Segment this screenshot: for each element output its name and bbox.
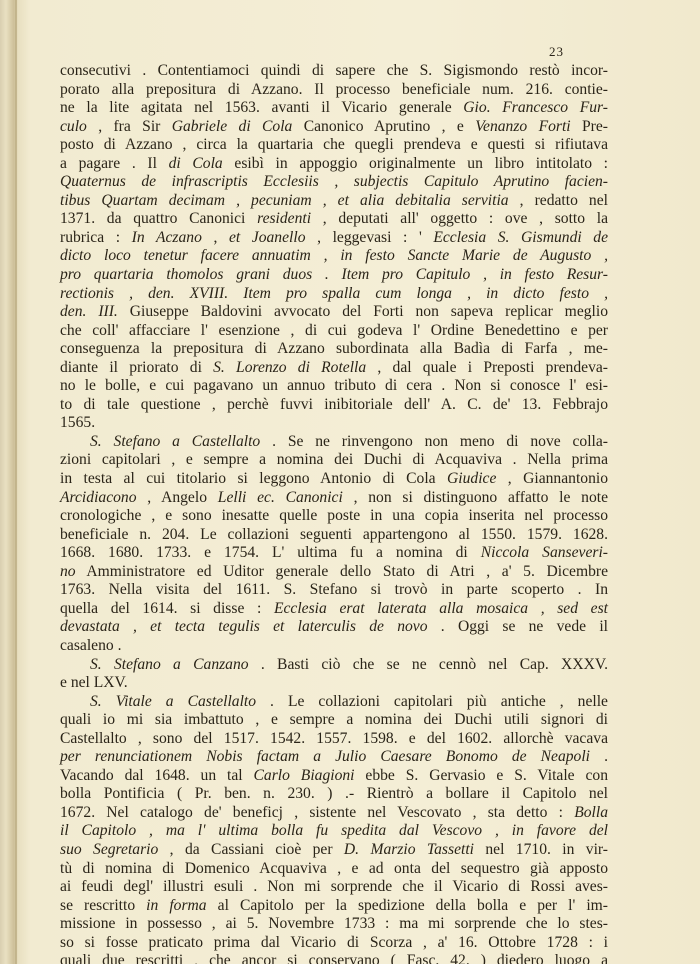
- text-line: 1371. da quattro Canonici residenti , de…: [60, 210, 608, 229]
- text-line: S. Stefano a Castellalto . Se ne rinveng…: [60, 433, 608, 452]
- text-segment: casaleno .: [60, 637, 121, 654]
- text-line: che coll' affacciare l' esenzione , di c…: [60, 322, 608, 341]
- text-segment: tù di nomina di Domenico Acquaviva , e a…: [60, 860, 608, 877]
- italic-segment: Ecclesia erat laterata alla mosaica , se…: [274, 600, 608, 617]
- text-line: a pagare . Il di Cola esibì in appoggio …: [60, 155, 608, 174]
- text-line: pro quartaria thomolos grani duos . Item…: [60, 266, 608, 285]
- page-gutter: [15, 0, 17, 964]
- text-line: den. III. Giuseppe Baldovini avvocato de…: [60, 303, 608, 322]
- text-segment: 1668. 1680. 1733. e 1754. L' ultima fu a…: [60, 544, 481, 561]
- text-line: Arcidiacono , Angelo Lelli ec. Canonici …: [60, 489, 608, 508]
- text-line: dicto loco tenetur facere annuatim , in …: [60, 247, 608, 266]
- text-line: missione in possesso , ai 5. Novembre 17…: [60, 915, 608, 934]
- italic-segment: Gabriele di Cola: [172, 118, 293, 135]
- italic-segment: in forma: [146, 897, 206, 914]
- italic-segment: Gio. Francesco Fur-: [463, 99, 608, 116]
- italic-segment: den. III.: [60, 303, 118, 320]
- text-segment: quali io mi sia imbattuto , e sempre a n…: [60, 711, 608, 728]
- text-segment: , deputati all' oggetto : ove , sotto la: [311, 210, 608, 227]
- text-line: 1763. Nella visita del 1611. S. Stefano …: [60, 581, 608, 600]
- text-line: in testa al cui titolario si leggono Ant…: [60, 470, 608, 489]
- text-segment: .: [590, 748, 608, 765]
- text-segment: . Basti ciò che se ne cennò nel Cap. XXX…: [249, 656, 608, 673]
- text-segment: Castellalto , sono del 1517. 1542. 1557.…: [60, 730, 608, 747]
- text-line: cronologiche , e sono inesatte quelle po…: [60, 507, 608, 526]
- text-segment: so si fosse praticato prima dal Vicario …: [60, 934, 608, 951]
- italic-segment: Bolla: [574, 804, 608, 821]
- text-segment: , da Cassiani cioè per: [158, 841, 344, 858]
- text-segment: beneficiale n. 204. Le collazioni seguen…: [60, 526, 608, 543]
- italic-segment: dicto loco tenetur facere annuatim , in …: [60, 247, 608, 264]
- text-segment: . Se ne rinvengono non meno di nove coll…: [260, 433, 608, 450]
- text-line: ai feudi degl' illustri esuli . Non mi s…: [60, 878, 608, 897]
- text-line: S. Vitale a Castellalto . Le collazioni …: [60, 693, 608, 712]
- book-page: 23 consecutivi . Contentiamoci quindi di…: [0, 0, 700, 964]
- text-line: no Amministratore ed Uditor generale del…: [60, 563, 608, 582]
- body-text: consecutivi . Contentiamoci quindi di sa…: [60, 62, 608, 964]
- text-segment: , redatto nel: [509, 192, 608, 209]
- text-line: suo Segretario , da Cassiani cioè per D.…: [60, 841, 608, 860]
- text-line: diante il priorato di S. Lorenzo di Rote…: [60, 359, 608, 378]
- text-segment: Amministratore ed Uditor generale dello …: [76, 563, 608, 580]
- text-segment: , Angelo: [137, 489, 218, 506]
- text-segment: to di tale questione , perchè fuvvi inib…: [60, 396, 608, 413]
- text-segment: porato alla prepositura di Azzano. Il pr…: [60, 81, 608, 98]
- italic-segment: tibus Quartam decimam , pecuniam , et al…: [60, 192, 509, 209]
- text-segment: conseguenza la prepositura di Azzano sub…: [60, 340, 608, 357]
- text-line: porato alla prepositura di Azzano. Il pr…: [60, 81, 608, 100]
- text-segment: quella del 1614. si disse :: [60, 600, 274, 617]
- text-segment: Giuseppe Baldovini avvocato del Forti no…: [118, 303, 608, 320]
- text-segment: ebbe S. Gervasio e S. Vitale con: [355, 767, 608, 784]
- text-line: ne la lite agitata nel 1563. avanti il V…: [60, 99, 608, 118]
- italic-segment: Ecclesia S. Gismundi de: [433, 229, 608, 246]
- text-segment: che coll' affacciare l' esenzione , di c…: [60, 322, 608, 339]
- text-segment: a pagare . Il: [60, 155, 169, 172]
- italic-segment: il Capitolo , ma l' ultima bolla fu sped…: [60, 822, 608, 839]
- text-segment: bolla Pontificia ( Pr. ben. n. 230. ) .-…: [60, 785, 608, 802]
- text-segment: e nel LXV.: [60, 674, 128, 691]
- text-segment: ,: [202, 229, 229, 246]
- text-segment: , dal quale i Preposti prendeva-: [366, 359, 608, 376]
- text-line: S. Stefano a Canzano . Basti ciò che se …: [60, 656, 608, 675]
- italic-segment: devastata , et tecta tegulis et latercul…: [60, 618, 428, 635]
- text-segment: diante il priorato di: [60, 359, 213, 376]
- text-line: casaleno .: [60, 637, 608, 656]
- italic-segment: culo: [60, 118, 87, 135]
- text-line: Castellalto , sono del 1517. 1542. 1557.…: [60, 730, 608, 749]
- italic-segment: S. Lorenzo di Rotella: [213, 359, 366, 376]
- text-segment: zioni capitolari , e sempre a nomina dei…: [60, 451, 608, 468]
- text-line: Quaternus de infrascriptis Ecclesiis , s…: [60, 173, 608, 192]
- italic-segment: S. Stefano a Castellalto: [90, 433, 260, 450]
- text-segment: , non si distinguono affatto le note: [343, 489, 608, 506]
- text-segment: Canonico Aprutino , e: [292, 118, 475, 135]
- text-line: zioni capitolari , e sempre a nomina dei…: [60, 451, 608, 470]
- page-number: 23: [549, 44, 564, 60]
- text-segment: esibì in appoggio originalmente un libro…: [223, 155, 608, 172]
- text-segment: 1371. da quattro Canonici: [60, 210, 257, 227]
- text-line: e nel LXV.: [60, 674, 608, 693]
- text-segment: Pre-: [571, 118, 608, 135]
- italic-segment: Niccola Sanseveri-: [481, 544, 608, 561]
- text-line: posto di Azzano , circa la quartaria che…: [60, 136, 608, 155]
- text-segment: quali due rescritti , che ancor si conse…: [60, 952, 608, 964]
- text-line: tibus Quartam decimam , pecuniam , et al…: [60, 192, 608, 211]
- italic-segment: no: [60, 563, 76, 580]
- text-line: quella del 1614. si disse : Ecclesia era…: [60, 600, 608, 619]
- italic-segment: Carlo Biagioni: [254, 767, 355, 784]
- italic-segment: residenti: [257, 210, 311, 227]
- italic-segment: di Cola: [169, 155, 223, 172]
- text-segment: cronologiche , e sono inesatte quelle po…: [60, 507, 608, 524]
- text-segment: posto di Azzano , circa la quartaria che…: [60, 136, 608, 153]
- text-line: consecutivi . Contentiamoci quindi di sa…: [60, 62, 608, 81]
- text-segment: in testa al cui titolario si leggono Ant…: [60, 470, 447, 487]
- text-segment: 1565.: [60, 414, 95, 431]
- text-segment: Vacando dal 1648. un tal: [60, 767, 254, 784]
- italic-segment: S. Vitale a Castellalto: [90, 693, 256, 710]
- italic-segment: Quaternus de infrascriptis Ecclesiis , s…: [60, 173, 608, 190]
- text-segment: se rescritto: [60, 897, 146, 914]
- text-line: so si fosse praticato prima dal Vicario …: [60, 934, 608, 953]
- text-segment: , leggevasi : ': [306, 229, 434, 246]
- text-line: 1672. Nel catalogo de' beneficj , sisten…: [60, 804, 608, 823]
- italic-segment: D. Marzio Tassetti: [344, 841, 474, 858]
- text-segment: no le bolle, e cui pagavano un annuo tri…: [60, 377, 608, 394]
- italic-segment: Venanzo Forti: [475, 118, 570, 135]
- italic-segment: S. Stefano a Canzano: [90, 656, 249, 673]
- text-line: to di tale questione , perchè fuvvi inib…: [60, 396, 608, 415]
- italic-segment: suo Segretario: [60, 841, 158, 858]
- text-segment: ai feudi degl' illustri esuli . Non mi s…: [60, 878, 608, 895]
- text-segment: ne la lite agitata nel 1563. avanti il V…: [60, 99, 463, 116]
- italic-segment: per renunciationem Nobis factam a Julio …: [60, 748, 590, 765]
- text-line: quali due rescritti , che ancor si conse…: [60, 952, 608, 964]
- text-line: tù di nomina di Domenico Acquaviva , e a…: [60, 860, 608, 879]
- text-segment: rubrica :: [60, 229, 132, 246]
- text-segment: 1672. Nel catalogo de' beneficj , sisten…: [60, 804, 574, 821]
- text-line: quali io mi sia imbattuto , e sempre a n…: [60, 711, 608, 730]
- italic-segment: et Joanello: [229, 229, 306, 246]
- text-segment: missione in possesso , ai 5. Novembre 17…: [60, 915, 608, 932]
- text-line: culo , fra Sir Gabriele di Cola Canonico…: [60, 118, 608, 137]
- text-line: 1565.: [60, 414, 608, 433]
- text-line: il Capitolo , ma l' ultima bolla fu sped…: [60, 822, 608, 841]
- text-segment: , Giannantonio: [496, 470, 608, 487]
- text-line: se rescritto in forma al Capitolo per la…: [60, 897, 608, 916]
- italic-segment: In Aczano: [132, 229, 202, 246]
- text-line: conseguenza la prepositura di Azzano sub…: [60, 340, 608, 359]
- text-line: rectionis , den. XVIII. Item pro spalla …: [60, 285, 608, 304]
- text-segment: 1763. Nella visita del 1611. S. Stefano …: [60, 581, 608, 598]
- italic-segment: Arcidiacono: [60, 489, 137, 506]
- text-segment: . Oggi se ne vede il: [428, 618, 608, 635]
- text-line: devastata , et tecta tegulis et latercul…: [60, 618, 608, 637]
- italic-segment: pro quartaria thomolos grani duos . Item…: [60, 266, 608, 283]
- text-line: rubrica : In Aczano , et Joanello , legg…: [60, 229, 608, 248]
- italic-segment: Lelli ec. Canonici: [218, 489, 343, 506]
- text-segment: al Capitolo per la spedizione della boll…: [207, 897, 608, 914]
- text-line: bolla Pontificia ( Pr. ben. n. 230. ) .-…: [60, 785, 608, 804]
- italic-segment: rectionis , den. XVIII. Item pro spalla …: [60, 285, 608, 302]
- text-segment: , fra Sir: [87, 118, 172, 135]
- text-line: 1668. 1680. 1733. e 1754. L' ultima fu a…: [60, 544, 608, 563]
- text-line: no le bolle, e cui pagavano un annuo tri…: [60, 377, 608, 396]
- text-line: per renunciationem Nobis factam a Julio …: [60, 748, 608, 767]
- text-line: Vacando dal 1648. un tal Carlo Biagioni …: [60, 767, 608, 786]
- text-segment: . Le collazioni capitolari più antiche ,…: [256, 693, 608, 710]
- italic-segment: Giudice: [447, 470, 496, 487]
- text-line: beneficiale n. 204. Le collazioni seguen…: [60, 526, 608, 545]
- text-segment: nel 1710. in vir-: [474, 841, 608, 858]
- text-segment: consecutivi . Contentiamoci quindi di sa…: [60, 62, 608, 79]
